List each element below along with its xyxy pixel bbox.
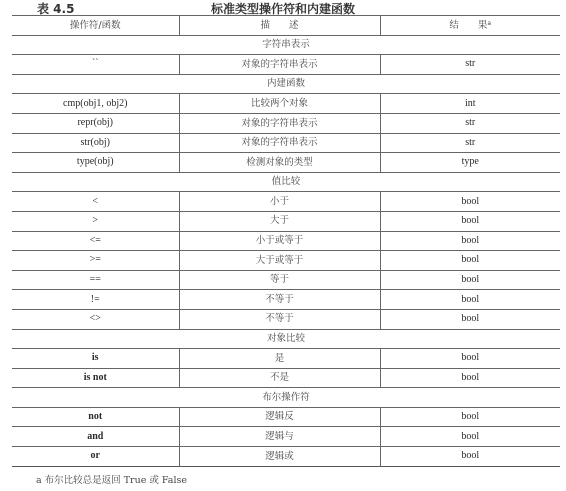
operator-cell: str(obj) [12,133,179,153]
operator-cell: <> [12,309,179,329]
description-cell: 对象的字符串表示 [179,133,380,153]
result-cell: bool [380,447,560,467]
description-cell: 大于 [179,211,380,231]
description-cell: 检测对象的类型 [179,153,380,173]
description-cell: 不是 [179,368,380,388]
operators-table: 操作符/函数 描 述 结 果a 字符串表示``对象的字符串表示str内建函数cm… [12,15,560,467]
section-row: 值比较 [12,172,560,192]
table-row: repr(obj)对象的字符串表示str [12,113,560,133]
description-cell: 逻辑或 [179,447,380,467]
table-row: or逻辑或bool [12,447,560,467]
section-title: 内建函数 [12,74,560,94]
result-cell: int [380,94,560,114]
operator-cell: cmp(obj1, obj2) [12,94,179,114]
table-row: ``对象的字符串表示str [12,55,560,75]
table-row: <=小于或等于bool [12,231,560,251]
operator-cell: <= [12,231,179,251]
operator-cell: > [12,211,179,231]
table-row: and逻辑与bool [12,427,560,447]
description-cell: 逻辑与 [179,427,380,447]
result-cell: str [380,55,560,75]
header-result-label: 结 果 [449,20,487,31]
table-body: 字符串表示``对象的字符串表示str内建函数cmp(obj1, obj2)比较两… [12,35,560,466]
table-row: str(obj)对象的字符串表示str [12,133,560,153]
operator-cell: repr(obj) [12,113,179,133]
section-title: 布尔操作符 [12,388,560,408]
header-row: 操作符/函数 描 述 结 果a [12,16,560,36]
description-cell: 逻辑反 [179,407,380,427]
description-cell: 不等于 [179,290,380,310]
table-caption: 表 4.5 标准类型操作符和内建函数 [0,0,566,15]
result-cell: type [380,153,560,173]
table-row: is not不是bool [12,368,560,388]
footnote: a 布尔比较总是返回 True 或 False [36,472,187,486]
description-cell: 比较两个对象 [179,94,380,114]
result-cell: str [380,133,560,153]
description-cell: 大于或等于 [179,251,380,271]
operator-cell: not [12,407,179,427]
result-cell: bool [380,192,560,212]
result-cell: str [380,113,560,133]
header-result: 结 果a [380,16,560,36]
table-row: >大于bool [12,211,560,231]
table-row: is是bool [12,349,560,369]
description-cell: 不等于 [179,309,380,329]
table-row: cmp(obj1, obj2)比较两个对象int [12,94,560,114]
description-cell: 小于或等于 [179,231,380,251]
description-cell: 小于 [179,192,380,212]
section-row: 布尔操作符 [12,388,560,408]
table-row: !=不等于bool [12,290,560,310]
operator-cell: >= [12,251,179,271]
operator-cell: or [12,447,179,467]
operator-cell: == [12,270,179,290]
operator-cell: is not [12,368,179,388]
section-title: 对象比较 [12,329,560,349]
table-row: >=大于或等于bool [12,251,560,271]
operator-cell: type(obj) [12,153,179,173]
section-row: 内建函数 [12,74,560,94]
operator-cell: and [12,427,179,447]
section-title: 值比较 [12,172,560,192]
footnote-mark: a [487,20,491,27]
result-cell: bool [380,349,560,369]
section-title: 字符串表示 [12,35,560,55]
result-cell: bool [380,309,560,329]
header-operator: 操作符/函数 [12,16,179,36]
description-cell: 是 [179,349,380,369]
table-row: <>不等于bool [12,309,560,329]
table-row: not逻辑反bool [12,407,560,427]
operator-cell: is [12,349,179,369]
result-cell: bool [380,407,560,427]
operator-cell: `` [12,55,179,75]
description-cell: 对象的字符串表示 [179,113,380,133]
operator-cell: != [12,290,179,310]
result-cell: bool [380,251,560,271]
section-row: 字符串表示 [12,35,560,55]
section-row: 对象比较 [12,329,560,349]
header-description: 描 述 [179,16,380,36]
table-row: type(obj)检测对象的类型type [12,153,560,173]
result-cell: bool [380,270,560,290]
result-cell: bool [380,427,560,447]
table-row: <小于bool [12,192,560,212]
result-cell: bool [380,211,560,231]
description-cell: 等于 [179,270,380,290]
operator-cell: < [12,192,179,212]
description-cell: 对象的字符串表示 [179,55,380,75]
result-cell: bool [380,231,560,251]
result-cell: bool [380,290,560,310]
result-cell: bool [380,368,560,388]
table-row: ==等于bool [12,270,560,290]
